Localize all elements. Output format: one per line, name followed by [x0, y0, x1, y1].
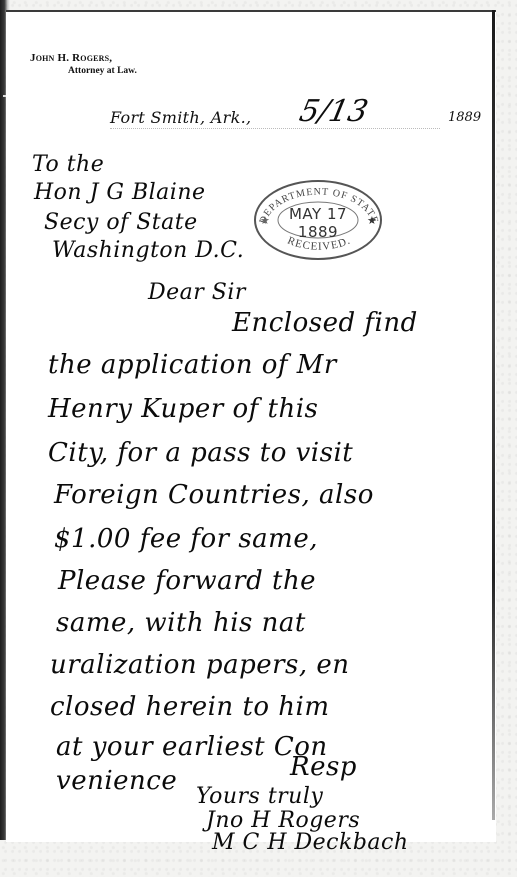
- salutation: Dear Sir: [148, 280, 246, 305]
- body-line: uralization papers, en: [50, 650, 350, 680]
- dateline-place: Fort Smith, Ark.,: [110, 108, 251, 127]
- body-line: the application of Mr: [48, 350, 337, 380]
- letterhead-name: John H. Rogers,: [30, 52, 112, 64]
- body-line: venience: [56, 766, 177, 796]
- body-line: Henry Kuper of this: [48, 394, 318, 424]
- closing-respectfully: Resp: [290, 752, 357, 782]
- address-line-4: Washington D.C.: [52, 238, 244, 263]
- letterhead-title: Attorney at Law.: [68, 66, 137, 76]
- body-line: $1.00 fee for same,: [54, 524, 318, 554]
- dateline-year: 1889: [448, 110, 481, 125]
- address-line-3: Secy of State: [44, 210, 198, 235]
- stamp-date: MAY 17 1889: [268, 205, 368, 241]
- body-line: same, with his nat: [56, 608, 306, 638]
- dateline-date: 5/13: [296, 94, 371, 129]
- body-line-opening: Enclosed find: [232, 308, 418, 338]
- body-line: Please forward the: [58, 566, 316, 596]
- svg-text:★: ★: [367, 214, 377, 227]
- address-line-2: Hon J G Blaine: [34, 180, 206, 205]
- address-line-1: To the: [32, 152, 104, 177]
- body-line: Foreign Countries, also: [54, 480, 374, 510]
- body-line: at your earliest Con: [56, 732, 328, 762]
- body-line: closed herein to him: [50, 692, 330, 722]
- paper-right-edge: [492, 10, 495, 820]
- body-line: City, for a pass to visit: [48, 438, 353, 468]
- closing-yours-truly: Yours truly: [196, 784, 323, 809]
- signature-detail: M C H Deckbach: [212, 830, 409, 855]
